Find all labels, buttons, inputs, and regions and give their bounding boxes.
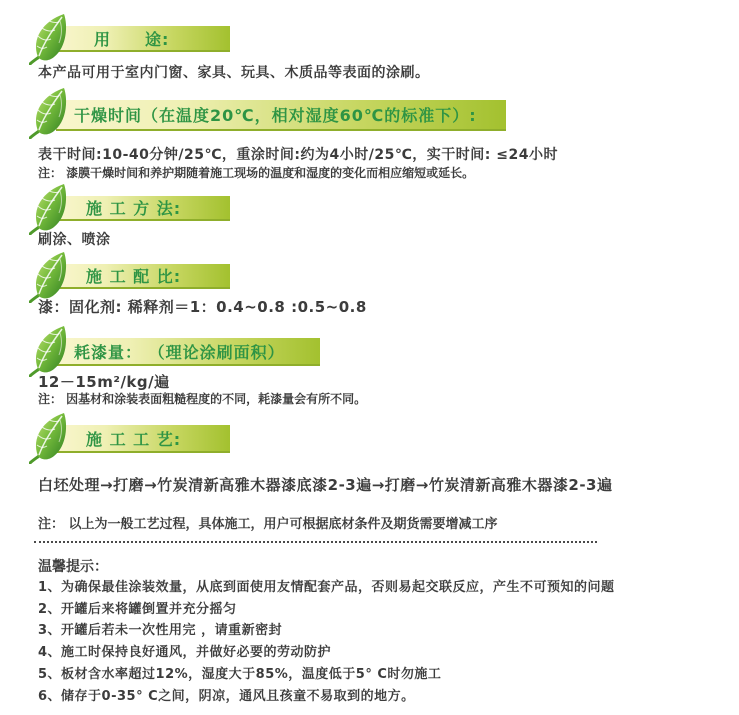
section-header-application-method: 施 工 方 法: bbox=[56, 196, 230, 221]
section-title: 施 工 工 艺: bbox=[56, 427, 181, 450]
body-text: 白坯处理→打磨→竹炭清新高雅木器漆底漆2-3遍→打磨→竹炭清新高雅木器漆2-3遍 bbox=[38, 474, 612, 495]
body-text: 刷涂、喷涂 bbox=[38, 229, 111, 249]
note-text: 注： 因基材和涂装表面粗糙程度的不同，耗漆量会有所不同。 bbox=[38, 390, 366, 407]
body-text: 表干时间:10-40分钟/25℃，重涂时间:约为4小时/25℃，实干时间: ≤2… bbox=[38, 144, 558, 164]
leaf-icon bbox=[29, 87, 74, 139]
dotted-divider bbox=[34, 541, 597, 543]
tip-item: 6、储存于0-35° C之间，阴凉，通风且孩童不易取到的地方。 bbox=[38, 686, 615, 708]
tip-item: 5、板材含水率超过12%，湿度大于85%，温度低于5° C时勿施工 bbox=[38, 664, 615, 686]
section-header-usage: 用 途: bbox=[56, 26, 230, 52]
body-text: 漆：固化剂: 稀释剂＝1：0.4~0.8 :0.5~0.8 bbox=[38, 296, 367, 317]
tip-item: 3、开罐后若未一次性用完 ，请重新密封 bbox=[38, 620, 615, 642]
section-header-mixing-ratio: 施 工 配 比: bbox=[56, 264, 230, 289]
leaf-icon bbox=[29, 183, 74, 235]
leaf-icon bbox=[29, 325, 74, 377]
document-page: 用 途: 本产品可用于室内门窗、家具、玩具、木质品等表面的涂刷。 干燥时间（在温… bbox=[0, 0, 739, 715]
note-text: 注： 以上为一般工艺过程，具体施工，用户可根据底材条件及期货需要增减工序 bbox=[38, 513, 498, 532]
section-header-application-process: 施 工 工 艺: bbox=[56, 425, 230, 453]
section-header-drying-time: 干燥时间（在温度20℃，相对湿度60℃的标准下）: bbox=[56, 100, 506, 131]
body-text: 12－15m²/kg/遍 bbox=[38, 371, 170, 392]
tip-item: 2、开罐后来将罐倒置并充分摇匀 bbox=[38, 599, 615, 621]
section-title: 施 工 配 比: bbox=[56, 264, 181, 287]
leaf-icon bbox=[29, 412, 74, 464]
note-text: 注： 漆膜干燥时间和养护期随着施工现场的温度和湿度的变化而相应缩短或延长。 bbox=[38, 164, 474, 181]
tips-title: 温馨提示： bbox=[38, 556, 108, 576]
tip-item: 4、施工时保持良好通风，并做好必要的劳动防护 bbox=[38, 642, 615, 664]
tip-item: 1、为确保最佳涂装效量，从底到面使用友情配套产品，否则易起交联反应，产生不可预知… bbox=[38, 577, 615, 599]
section-title: 耗漆量： （理论涂刷面积） bbox=[56, 340, 285, 363]
section-title: 施 工 方 法: bbox=[56, 196, 181, 219]
section-header-paint-consumption: 耗漆量： （理论涂刷面积） bbox=[56, 338, 320, 366]
leaf-icon bbox=[29, 13, 74, 65]
section-title: 干燥时间（在温度20℃，相对湿度60℃的标准下）: bbox=[56, 103, 477, 126]
body-text: 本产品可用于室内门窗、家具、玩具、木质品等表面的涂刷。 bbox=[38, 62, 430, 82]
tips-list: 1、为确保最佳涂装效量，从底到面使用友情配套产品，否则易起交联反应，产生不可预知… bbox=[38, 577, 615, 707]
